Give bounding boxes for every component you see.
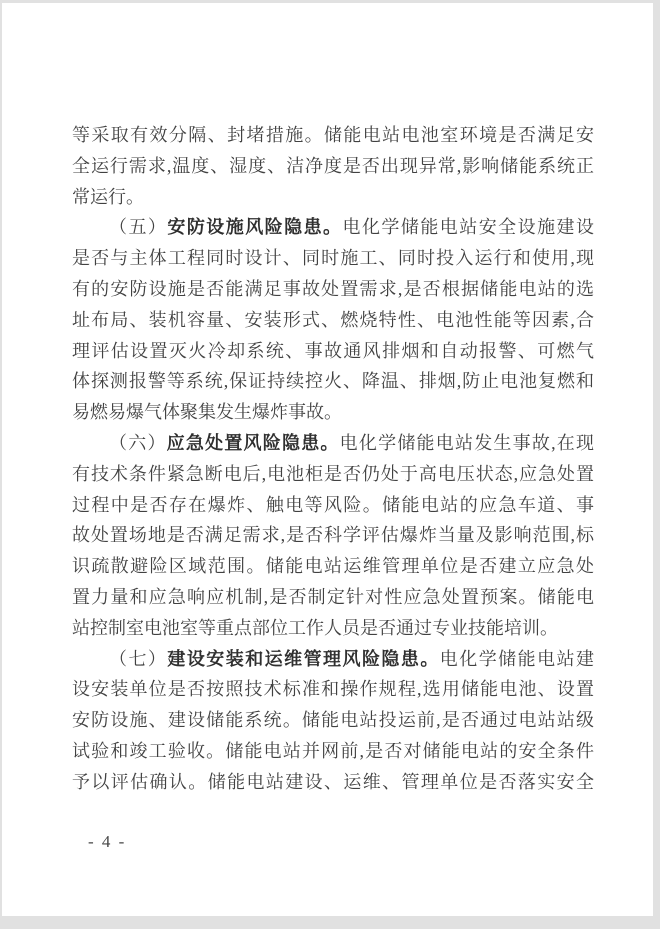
text-line: 等采取有效分隔、封堵措施。储能电站电池室环境是否满足安 — [72, 120, 594, 151]
body-text: 置力量和应急响应机制,是否制定针对性应急处置预案。储能电 — [72, 587, 594, 607]
body-text: （七） — [109, 649, 167, 669]
text-line: 是否与主体工程同时设计、同时施工、同时投入运行和使用,现 — [72, 243, 594, 274]
text-line: 体探测报警等系统,保证持续控火、降温、排烟,防止电池复燃和 — [72, 366, 594, 397]
page-number: - 4 - — [88, 832, 126, 852]
text-line: 站控制室电池室等重点部位工作人员是否通过专业技能培训。 — [72, 613, 594, 644]
body-text: 故处置场地是否满足需求,是否科学评估爆炸当量及影响范围,标 — [72, 525, 594, 545]
text-line: 易燃易爆气体聚集发生爆炸事故。 — [72, 397, 594, 428]
body-text: 设安装单位是否按照技术标准和操作规程,选用储能电池、设置 — [72, 679, 594, 699]
document-viewer: 等采取有效分隔、封堵措施。储能电站电池室环境是否满足安全运行需求,温度、湿度、洁… — [0, 0, 660, 929]
heading-emphasis: 安防设施风险隐患。 — [167, 217, 342, 237]
body-text: 予以评估确认。储能电站建设、运维、管理单位是否落实安全 — [72, 772, 594, 792]
text-line: （七）建设安装和运维管理风险隐患。电化学储能电站建 — [72, 644, 594, 675]
text-line: （六）应急处置风险隐患。电化学储能电站发生事故,在现 — [72, 428, 594, 459]
text-line: 置力量和应急响应机制,是否制定针对性应急处置预案。储能电 — [72, 582, 594, 613]
text-line: 常运行。 — [72, 182, 594, 213]
text-line: 故处置场地是否满足需求,是否科学评估爆炸当量及影响范围,标 — [72, 520, 594, 551]
body-text: 有的安防设施是否能满足事故处置需求,是否根据储能电站的选 — [72, 279, 594, 299]
text-line: 设安装单位是否按照技术标准和操作规程,选用储能电池、设置 — [72, 674, 594, 705]
body-text: 是否与主体工程同时设计、同时施工、同时投入运行和使用,现 — [72, 248, 594, 268]
heading-emphasis: 建设安装和运维管理风险隐患。 — [167, 649, 439, 669]
body-text: 理评估设置灭火冷却系统、事故通风排烟和自动报警、可燃气 — [72, 341, 594, 361]
body-text: 安防设施、建设储能系统。储能电站投运前,是否通过电站站级 — [72, 710, 594, 730]
body-text: （六） — [109, 433, 167, 453]
heading-emphasis: 应急处置风险隐患。 — [167, 433, 340, 453]
body-text: 试验和竣工验收。储能电站并网前,是否对储能电站的安全条件 — [72, 741, 594, 761]
text-line: 全运行需求,温度、湿度、洁净度是否出现异常,影响储能系统正 — [72, 151, 594, 182]
text-line: 试验和竣工验收。储能电站并网前,是否对储能电站的安全条件 — [72, 736, 594, 767]
body-text: 址布局、装机容量、安装形式、燃烧特性、电池性能等因素,合 — [72, 310, 594, 330]
body-text: 全运行需求,温度、湿度、洁净度是否出现异常,影响储能系统正 — [72, 156, 594, 176]
text-line: 予以评估确认。储能电站建设、运维、管理单位是否落实安全 — [72, 767, 594, 798]
text-line: 有的安防设施是否能满足事故处置需求,是否根据储能电站的选 — [72, 274, 594, 305]
body-text: 易燃易爆气体聚集发生爆炸事故。 — [72, 402, 342, 422]
document-text: 等采取有效分隔、封堵措施。储能电站电池室环境是否满足安全运行需求,温度、湿度、洁… — [72, 120, 594, 798]
body-text: 识疏散避险区域范围。储能电站运维管理单位是否建立应急处 — [72, 556, 594, 576]
text-line: 过程中是否存在爆炸、触电等风险。储能电站的应急车道、事 — [72, 490, 594, 521]
text-line: 址布局、装机容量、安装形式、燃烧特性、电池性能等因素,合 — [72, 305, 594, 336]
text-line: 有技术条件紧急断电后,电池柜是否仍处于高电压状态,应急处置 — [72, 459, 594, 490]
body-text: 站控制室电池室等重点部位工作人员是否通过专业技能培训。 — [72, 618, 558, 638]
body-text: 电化学储能电站安全设施建设 — [343, 217, 595, 237]
body-text: （五） — [109, 217, 167, 237]
body-text: 电化学储能电站发生事故,在现 — [340, 433, 594, 453]
body-text: 常运行。 — [72, 187, 144, 207]
document-page: 等采取有效分隔、封堵措施。储能电站电池室环境是否满足安全运行需求,温度、湿度、洁… — [2, 3, 653, 916]
text-line: 安防设施、建设储能系统。储能电站投运前,是否通过电站站级 — [72, 705, 594, 736]
body-text: 电化学储能电站建 — [440, 649, 594, 669]
body-text: 体探测报警等系统,保证持续控火、降温、排烟,防止电池复燃和 — [72, 371, 594, 391]
body-text: 等采取有效分隔、封堵措施。储能电站电池室环境是否满足安 — [72, 125, 594, 145]
body-text: 过程中是否存在爆炸、触电等风险。储能电站的应急车道、事 — [72, 495, 594, 515]
body-text: 有技术条件紧急断电后,电池柜是否仍处于高电压状态,应急处置 — [72, 464, 594, 484]
text-line: 识疏散避险区域范围。储能电站运维管理单位是否建立应急处 — [72, 551, 594, 582]
text-line: 理评估设置灭火冷却系统、事故通风排烟和自动报警、可燃气 — [72, 336, 594, 367]
text-line: （五）安防设施风险隐患。电化学储能电站安全设施建设 — [72, 212, 594, 243]
